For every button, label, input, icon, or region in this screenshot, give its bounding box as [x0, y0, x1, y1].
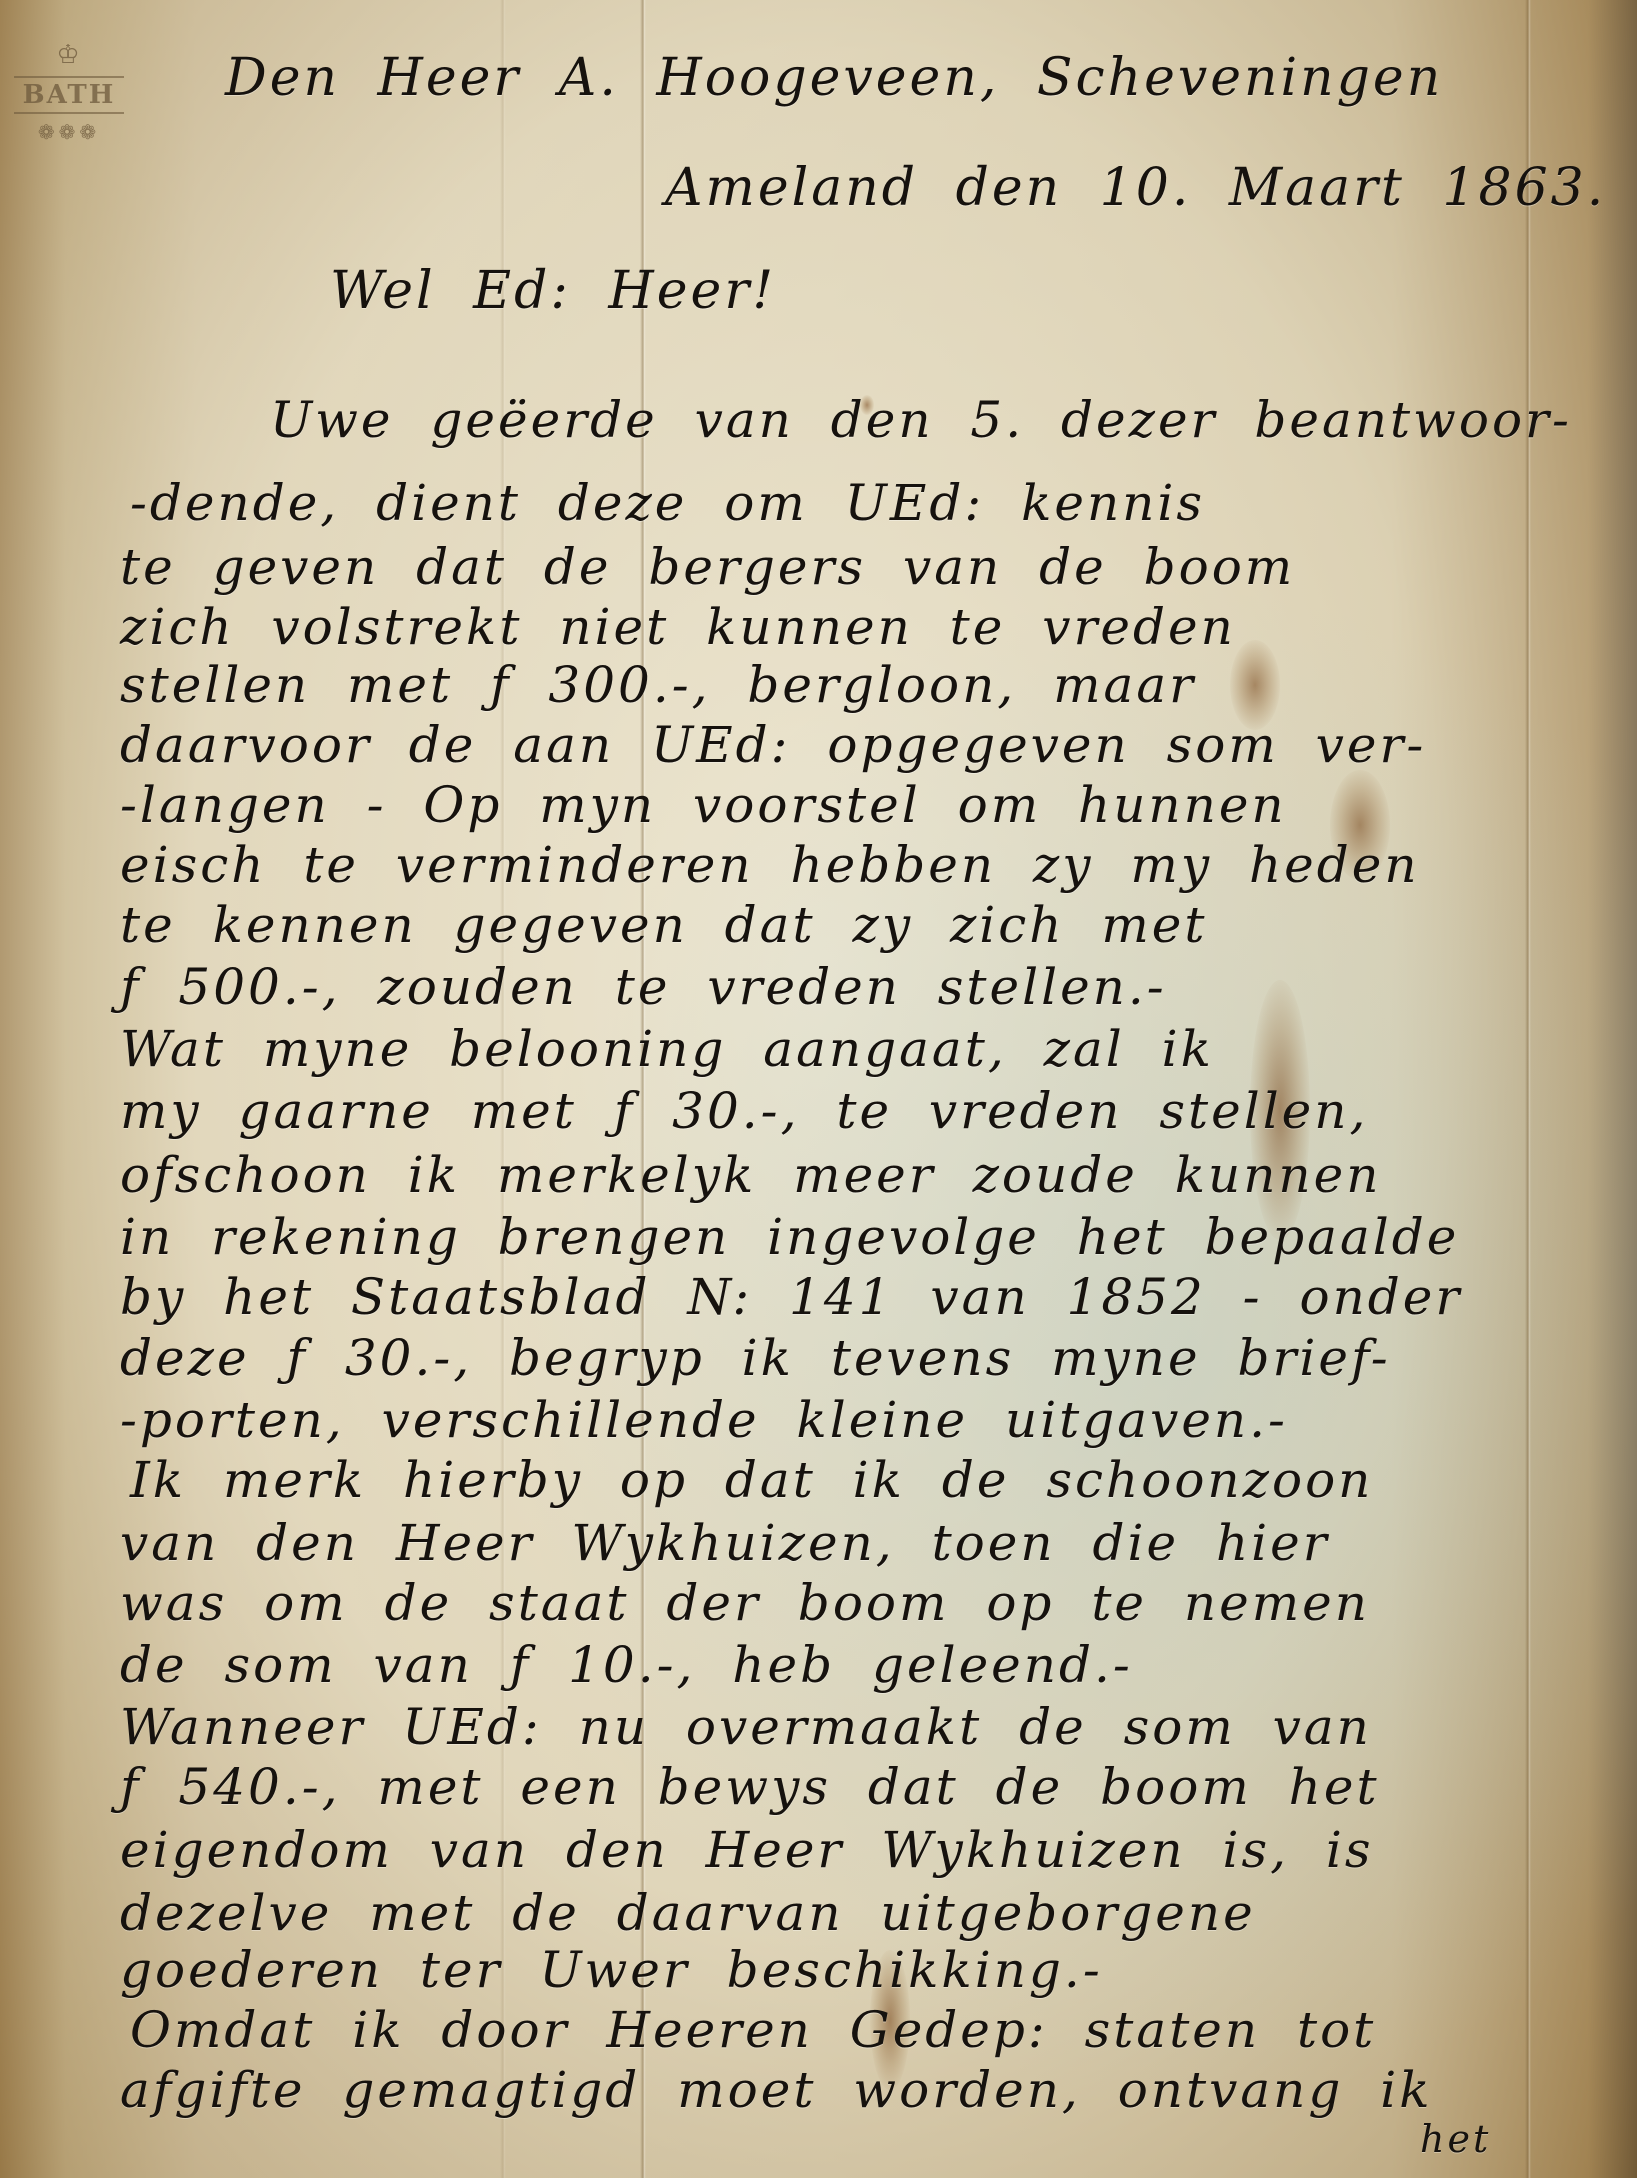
body-line: stellen met ƒ 300.-, bergloon, maar — [120, 660, 1196, 710]
body-line: was om de staat der boom op te nemen — [120, 1578, 1370, 1628]
ornament-icon: ❁❁❁ — [14, 120, 124, 144]
body-line: dezelve met de daarvan uitgeborgene — [120, 1888, 1256, 1938]
stamp-name: BATH — [14, 76, 124, 114]
salutation: Wel Ed: Heer! — [330, 265, 776, 317]
body-line: Uwe geëerde van den 5. dezer beantwoor- — [270, 395, 1572, 445]
fold-line — [1525, 0, 1531, 2178]
body-line: ƒ 540.-, met een bewys dat de boom het — [120, 1762, 1380, 1812]
body-line: my gaarne met ƒ 30.-, te vreden stellen, — [120, 1086, 1368, 1136]
body-line: by het Staatsblad N: 141 van 1852 - onde… — [120, 1272, 1462, 1322]
crown-icon: ♔ — [14, 40, 124, 70]
letter-page: ♔ BATH ❁❁❁ Den Heer A. Hoogeveen, Scheve… — [0, 0, 1637, 2178]
body-line: Wat myne belooning aangaat, zal ik — [120, 1024, 1214, 1074]
body-line: eigendom van den Heer Wykhuizen is, is — [120, 1825, 1374, 1875]
body-line: de som van ƒ 10.-, heb geleend.- — [120, 1640, 1133, 1690]
body-line: te kennen gegeven dat zy zich met — [120, 900, 1208, 950]
body-line: van den Heer Wykhuizen, toen die hier — [120, 1518, 1330, 1568]
body-line: -porten, verschillende kleine uitgaven.- — [120, 1395, 1288, 1445]
body-line: ƒ 500.-, zouden te vreden stellen.- — [120, 962, 1167, 1012]
place-date-line: Ameland den 10. Maart 1863. — [665, 162, 1606, 214]
body-line: -dende, dient deze om UEd: kennis — [130, 478, 1205, 528]
catchword: het — [1420, 2120, 1491, 2158]
body-line: Omdat ik door Heeren Gedep: staten tot — [130, 2005, 1376, 2055]
body-line: eisch te verminderen hebben zy my heden — [120, 840, 1420, 890]
body-line: Wanneer UEd: nu overmaakt de som van — [120, 1702, 1372, 1752]
body-line: goederen ter Uwer beschikking.- — [120, 1945, 1103, 1995]
embossed-stamp: ♔ BATH ❁❁❁ — [14, 40, 124, 190]
body-line: in rekening brengen ingevolge het bepaal… — [120, 1212, 1459, 1262]
body-line: deze ƒ 30.-, begryp ik tevens myne brief… — [120, 1333, 1391, 1383]
addressee-line: Den Heer A. Hoogeveen, Scheveningen — [225, 52, 1443, 104]
body-line: Ik merk hierby op dat ik de schoonzoon — [130, 1455, 1373, 1505]
body-line: afgifte gemagtigd moet worden, ontvang i… — [120, 2065, 1433, 2115]
body-line: -langen - Op myn voorstel om hunnen — [120, 780, 1287, 830]
body-line: ofschoon ik merkelyk meer zoude kunnen — [120, 1150, 1381, 1200]
body-line: te geven dat de bergers van de boom — [120, 542, 1295, 592]
body-line: daarvoor de aan UEd: opgegeven som ver- — [120, 720, 1426, 770]
body-line: zich volstrekt niet kunnen te vreden — [120, 602, 1236, 652]
